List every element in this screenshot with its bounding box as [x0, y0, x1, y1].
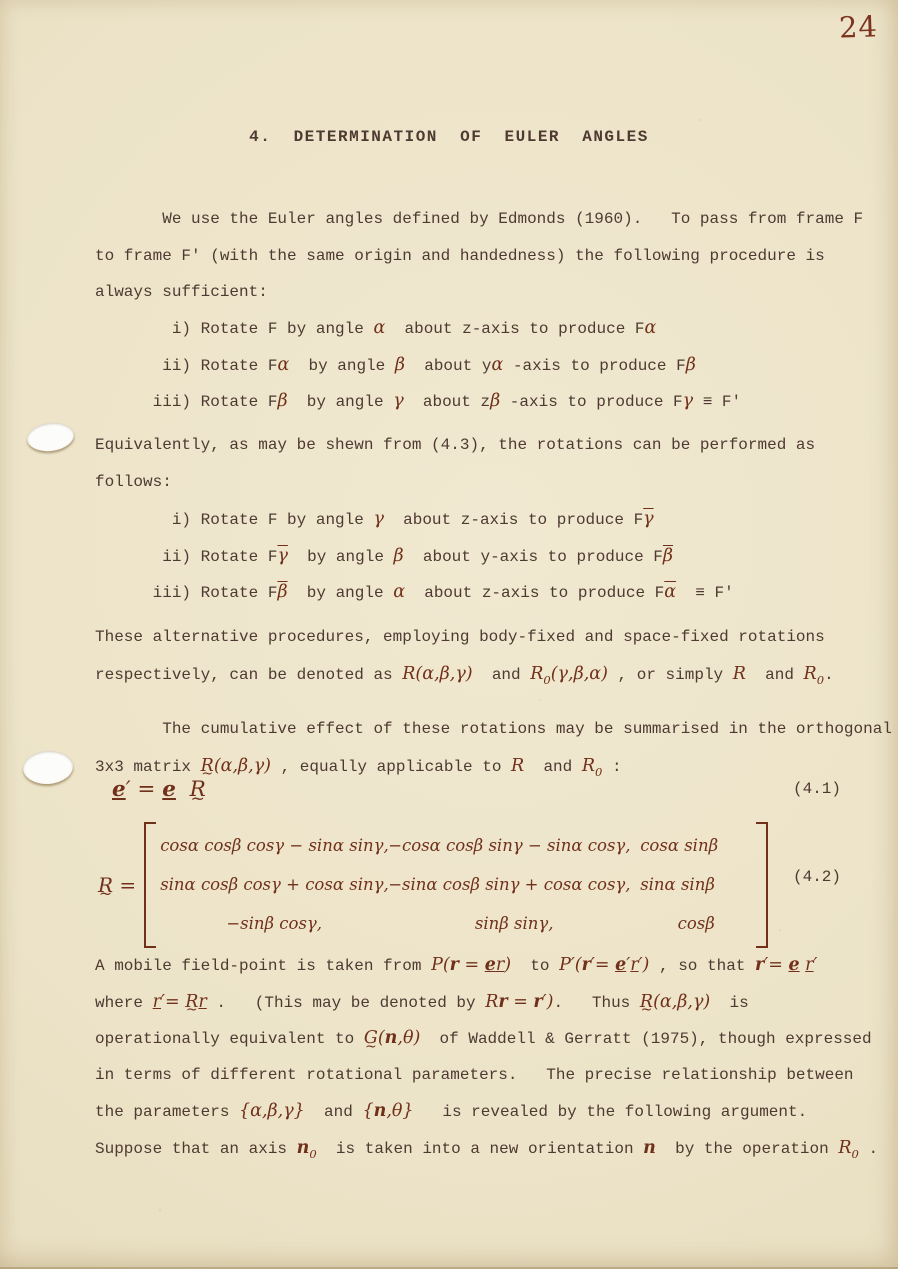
typed-text: about y	[405, 357, 491, 375]
handwritten-text: r	[153, 992, 161, 1012]
matrix-cell: sinβ sinγ,	[388, 907, 640, 941]
text-line: in terms of different rotational paramet…	[95, 1057, 878, 1094]
handwritten-text: α	[491, 355, 503, 375]
text-line: e′ = e R	[112, 770, 206, 810]
text-line: These alternative procedures, employing …	[95, 619, 834, 656]
handwritten-text: β	[686, 355, 696, 375]
handwritten-text: ,θ}	[386, 1101, 413, 1121]
handwritten-text: n	[374, 1101, 387, 1121]
handwritten-text: n	[297, 1138, 310, 1158]
equation-number-4-2: (4.2)	[793, 868, 841, 886]
handwritten-text: β	[395, 355, 405, 375]
handwritten-text: r	[533, 992, 542, 1012]
typed-text: i) Rotate F by angle	[95, 511, 373, 529]
handwritten-text: =	[113, 873, 136, 897]
typed-text: and	[524, 758, 582, 776]
handwritten-text: (	[378, 1028, 385, 1048]
handwritten-text: P(	[431, 955, 450, 975]
typed-text: iii) Rotate F	[95, 584, 277, 602]
typed-text: to frame F' (with the same origin and ha…	[95, 247, 825, 265]
handwritten-text: β	[277, 391, 287, 411]
punch-hole	[25, 420, 75, 454]
handwritten-text: β	[663, 546, 673, 566]
typed-text: in terms of different rotational paramet…	[95, 1066, 854, 1084]
handwritten-text: ′)	[543, 992, 554, 1012]
handwritten-text: α	[277, 355, 289, 375]
typed-text: These alternative procedures, employing …	[95, 628, 825, 646]
typed-text: respectively, can be denoted as	[95, 666, 402, 684]
typed-text: ii) Rotate F	[95, 548, 277, 566]
handwritten-text: R	[511, 756, 524, 776]
handwritten-text: r	[755, 955, 764, 975]
typed-text: -axis to produce F	[503, 357, 685, 375]
equation-4-2-matrix: R = cosα cosβ cosγ − sinα sinγ,−cosα cos…	[98, 822, 768, 948]
matrix-cell: sinα cosβ cosγ + cosα sinγ,	[160, 868, 388, 902]
handwritten-text: β	[394, 546, 404, 566]
handwritten-text: P′(	[559, 955, 582, 975]
text-line: follows:	[95, 464, 815, 501]
rotation-list-space-fixed: i) Rotate F by angle γ about z-axis to p…	[95, 501, 734, 611]
text-line: The cumulative effect of these rotations…	[95, 711, 892, 748]
typed-text: The cumulative effect of these rotations…	[95, 720, 892, 738]
paragraph-alternative-procedures: These alternative procedures, employing …	[95, 619, 834, 692]
handwritten-text: e	[162, 777, 176, 802]
handwritten-text: r	[450, 955, 459, 975]
handwritten-text: R	[98, 875, 113, 895]
text-line: 3x3 matrix R(α,β,γ) , equally applicable…	[95, 748, 892, 785]
matrix-label: R =	[98, 867, 136, 904]
handwritten-text: e	[485, 955, 496, 975]
typed-text: of Waddell & Gerratt (1975), though expr…	[420, 1030, 871, 1048]
text-line: Equivalently, as may be shewn from (4.3)…	[95, 427, 815, 464]
text-line: We use the Euler angles defined by Edmon…	[95, 201, 863, 238]
matrix-cell: cosα sinβ	[640, 829, 752, 863]
typed-text: is revealed by the following argument.	[414, 1103, 808, 1121]
handwritten-text: R	[582, 756, 595, 776]
handwritten-text: (γ,β,α)	[551, 664, 608, 684]
handwritten-text: 0	[852, 1147, 859, 1161]
handwritten-text: R	[190, 779, 206, 801]
handwritten-text: {	[362, 1101, 373, 1121]
handwritten-text: R	[640, 994, 653, 1012]
handwritten-text: n	[643, 1138, 656, 1158]
typed-text: the parameters	[95, 1103, 239, 1121]
typed-text: .	[859, 1140, 878, 1158]
typed-text: We use the Euler angles defined by Edmon…	[95, 210, 863, 228]
handwritten-text: R	[185, 994, 198, 1012]
handwritten-text: e	[112, 777, 126, 802]
punch-hole	[22, 749, 74, 785]
handwritten-text: ′=	[764, 955, 788, 975]
typed-text: :	[602, 758, 621, 776]
handwritten-text: (α,β,γ)	[214, 756, 271, 776]
handwritten-text: (α,β,γ)	[653, 992, 710, 1012]
handwritten-text: =	[459, 955, 485, 975]
handwritten-text	[176, 777, 190, 802]
typed-text: . (This may be denoted by	[207, 994, 485, 1012]
handwritten-text: α	[373, 318, 385, 338]
text-line: iii) Rotate Fβ by angle α about z-axis t…	[95, 574, 734, 611]
equation-4-1: e′ = e R	[112, 770, 206, 810]
typed-text: by angle	[288, 584, 394, 602]
matrix-cell: −sinβ cosγ,	[160, 907, 388, 941]
text-line: Suppose that an axis n0 is taken into a …	[95, 1130, 878, 1167]
handwritten-text: ′	[814, 955, 818, 975]
typed-text: ≡ F'	[676, 584, 734, 602]
matrix-cell: cosα cosβ cosγ − sinα sinγ,	[160, 829, 388, 863]
matrix-cell: −sinα cosβ sinγ + cosα cosγ,	[388, 868, 640, 902]
typed-text: iii) Rotate F	[95, 393, 277, 411]
handwritten-text: γ	[683, 391, 693, 411]
handwritten-text: r	[630, 955, 638, 975]
text-line: ii) Rotate Fγ by angle β about y-axis to…	[95, 538, 734, 575]
text-line: respectively, can be denoted as R(α,β,γ)…	[95, 656, 834, 693]
typed-text: -axis to produce F	[500, 393, 682, 411]
handwritten-text: ′ =	[126, 777, 163, 802]
typed-text: is	[710, 994, 748, 1012]
handwritten-text: R	[733, 664, 746, 684]
typed-text: .	[824, 666, 834, 684]
typed-text: A mobile field-point is taken from	[95, 957, 431, 975]
handwritten-text: R(α,β,γ)	[402, 664, 472, 684]
matrix-cell: sinα sinβ	[640, 868, 752, 902]
handwritten-text: e	[615, 955, 626, 975]
handwritten-text: R	[485, 992, 498, 1012]
handwritten-text: ′)	[639, 955, 650, 975]
handwritten-text: γ	[643, 509, 653, 529]
handwritten-text: R	[804, 664, 817, 684]
typed-text: to	[511, 957, 559, 975]
typed-text: by the operation	[656, 1140, 838, 1158]
typed-text: Suppose that an axis	[95, 1140, 297, 1158]
paragraph-cumulative-effect: The cumulative effect of these rotations…	[95, 711, 892, 784]
handwritten-text: r	[198, 992, 206, 1012]
handwritten-text: n	[385, 1028, 398, 1048]
matrix-cell: −cosα cosβ sinγ − sinα cosγ,	[388, 829, 640, 863]
matrix-cell: cosβ	[640, 907, 752, 941]
typed-text: follows:	[95, 473, 172, 491]
typed-text: where	[95, 994, 153, 1012]
handwritten-text: ,θ)	[397, 1028, 420, 1048]
handwritten-text: ′=	[161, 992, 185, 1012]
section-title: 4. DETERMINATION OF EULER ANGLES	[0, 128, 898, 146]
handwritten-text: e	[788, 955, 799, 975]
text-line: iii) Rotate Fβ by angle γ about zβ -axis…	[95, 383, 741, 420]
handwritten-text: ′=	[591, 955, 615, 975]
handwritten-text: {α,β,γ}	[239, 1101, 305, 1121]
page-number: 24	[839, 9, 879, 44]
typed-text: always sufficient:	[95, 283, 268, 301]
handwritten-text: γ	[393, 391, 403, 411]
text-line: A mobile field-point is taken from P(r =…	[95, 947, 878, 984]
handwritten-text: β	[277, 582, 287, 602]
text-line: i) Rotate F by angle α about z-axis to p…	[95, 310, 741, 347]
typed-text: by angle	[288, 393, 394, 411]
handwritten-text: G	[364, 1030, 378, 1048]
typed-text: , equally applicable to	[271, 758, 511, 776]
typed-text: operationally equivalent to	[95, 1030, 364, 1048]
equation-number-4-1: (4.1)	[793, 780, 841, 798]
document-page: 24 4. DETERMINATION OF EULER ANGLES We u…	[0, 0, 898, 1269]
typed-text: Equivalently, as may be shewn from (4.3)…	[95, 436, 815, 454]
handwritten-text: r	[496, 955, 504, 975]
rotation-list-body-fixed: i) Rotate F by angle α about z-axis to p…	[95, 310, 741, 420]
typed-text: about z-axis to produce F	[384, 511, 643, 529]
handwritten-text: 0	[309, 1147, 316, 1161]
typed-text: about y-axis to produce F	[404, 548, 663, 566]
handwritten-text: R	[530, 664, 543, 684]
paragraph-mobile-field-point: A mobile field-point is taken from P(r =…	[95, 947, 878, 1167]
handwritten-text: α	[645, 318, 657, 338]
typed-text: ii) Rotate F	[95, 357, 277, 375]
handwritten-text: α	[393, 582, 405, 602]
paragraph-intro: We use the Euler angles defined by Edmon…	[95, 201, 863, 311]
typed-text: and	[746, 666, 804, 684]
typed-text: is taken into a new orientation	[317, 1140, 643, 1158]
text-line: the parameters {α,β,γ} and {n,θ} is reve…	[95, 1093, 878, 1130]
handwritten-text: R	[838, 1138, 851, 1158]
handwritten-text: γ	[373, 509, 383, 529]
text-line: where r′= Rr . (This may be denoted by R…	[95, 984, 878, 1021]
handwritten-text: 0	[817, 673, 824, 687]
handwritten-text: =	[508, 992, 534, 1012]
typed-text: about z-axis to produce F	[405, 584, 664, 602]
text-line: operationally equivalent to G(n,θ) of Wa…	[95, 1020, 878, 1057]
typed-text: , so that	[649, 957, 755, 975]
handwritten-text: γ	[277, 546, 287, 566]
handwritten-text: r	[498, 992, 507, 1012]
typed-text: , or simply	[608, 666, 733, 684]
typed-text: by angle	[288, 548, 394, 566]
typed-text: about z	[404, 393, 490, 411]
typed-text: and	[305, 1103, 363, 1121]
typed-text: about z-axis to produce F	[385, 320, 644, 338]
typed-text: ≡ F'	[693, 393, 741, 411]
typed-text: by angle	[289, 357, 395, 375]
typed-text: i) Rotate F by angle	[95, 320, 373, 338]
handwritten-text: r	[582, 955, 591, 975]
text-line: to frame F' (with the same origin and ha…	[95, 238, 863, 275]
rotation-matrix: cosα cosβ cosγ − sinα sinγ,−cosα cosβ si…	[156, 822, 756, 948]
paragraph-equivalently: Equivalently, as may be shewn from (4.3)…	[95, 427, 815, 500]
text-line: ii) Rotate Fα by angle β about yα -axis …	[95, 347, 741, 384]
typed-text: . Thus	[553, 994, 639, 1012]
typed-text: and	[473, 666, 531, 684]
handwritten-text: β	[490, 391, 500, 411]
handwritten-text: α	[664, 582, 676, 602]
handwritten-text: r	[805, 955, 813, 975]
text-line: always sufficient:	[95, 274, 863, 311]
handwritten-text: 0	[543, 673, 550, 687]
matrix-bracket-left	[144, 822, 156, 948]
text-line: i) Rotate F by angle γ about z-axis to p…	[95, 501, 734, 538]
matrix-bracket-right	[756, 822, 768, 948]
